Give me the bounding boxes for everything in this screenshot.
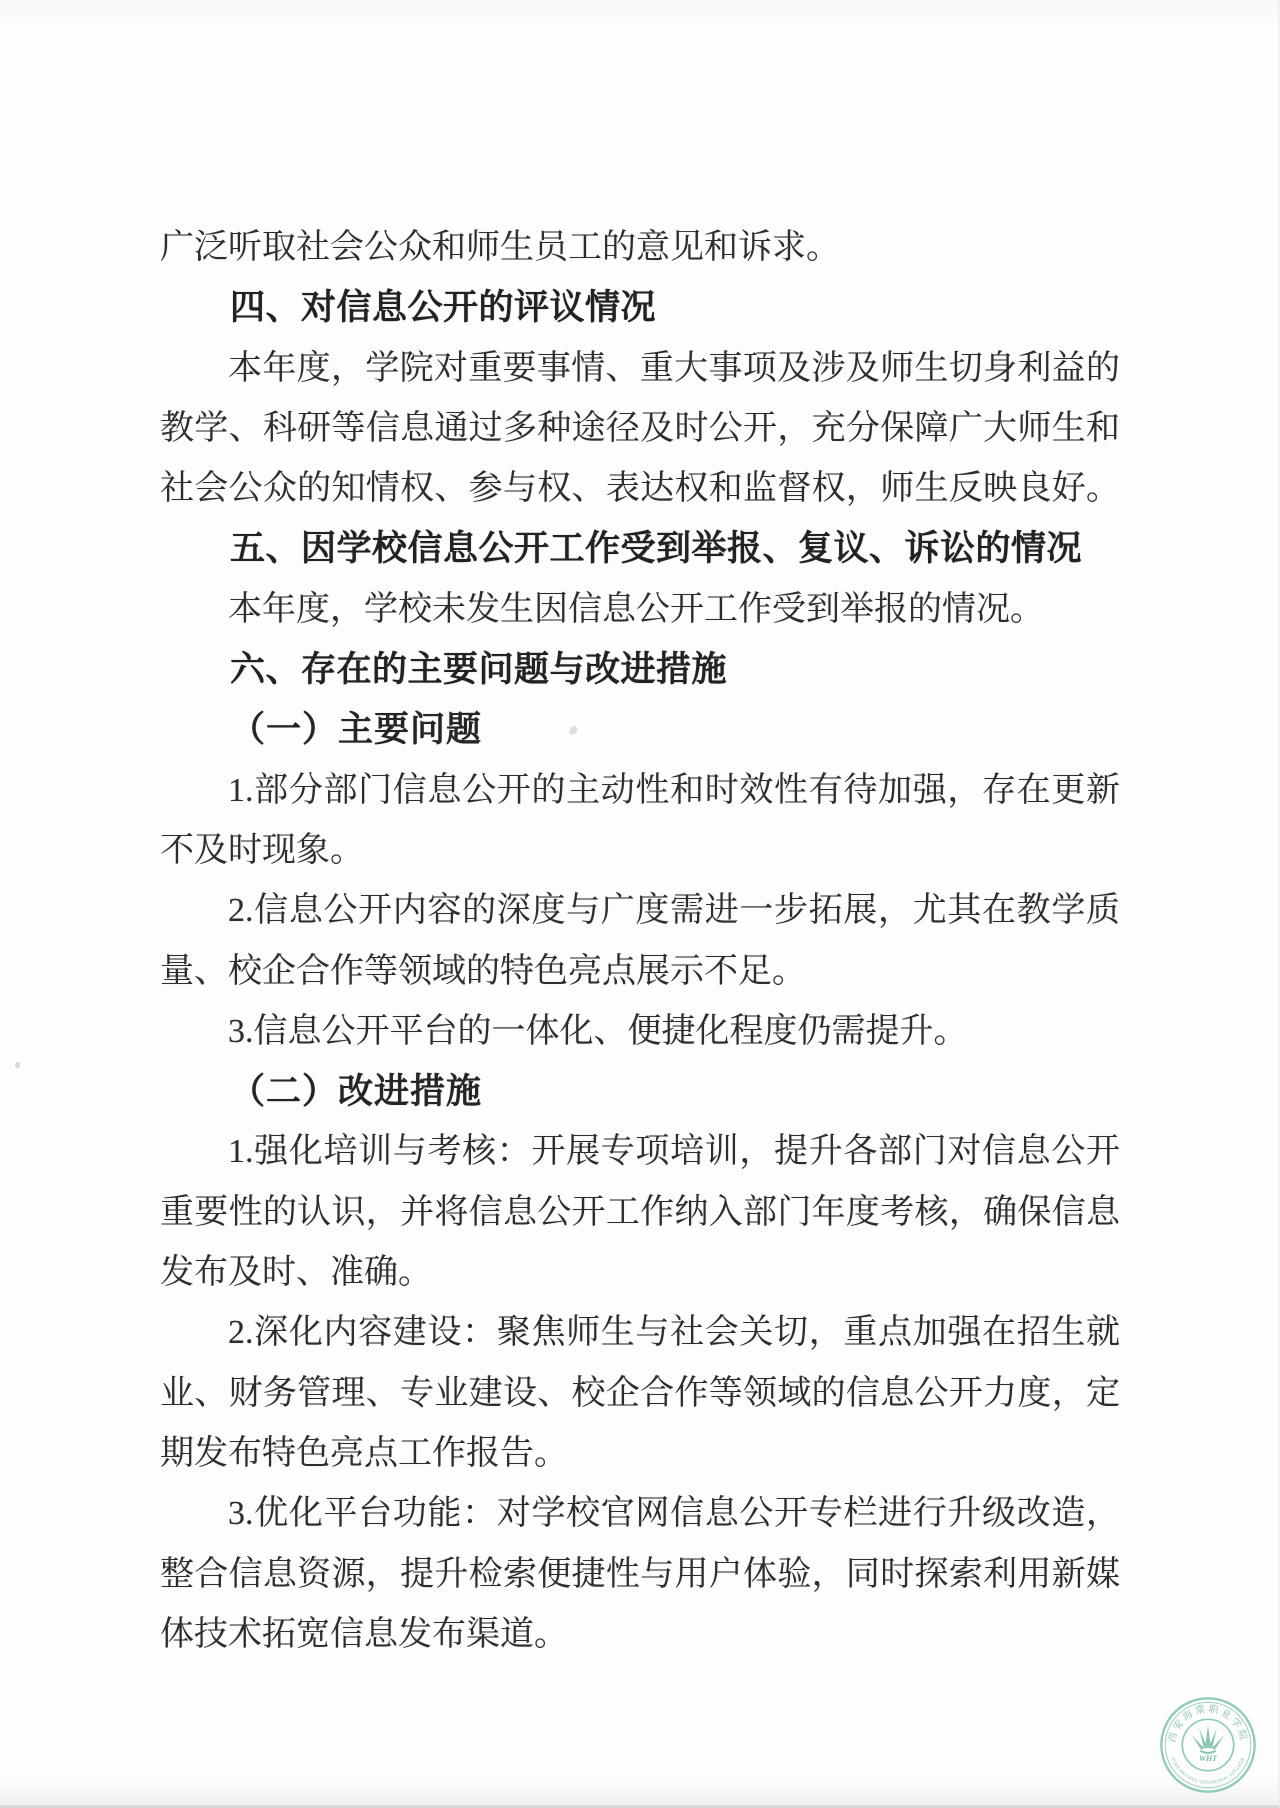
subsection-heading-2: （二）改进措施 <box>160 1062 1120 1122</box>
doc-line: 2.深化内容建设：聚焦师生与社会关切，重点加强在招生就 <box>160 1303 1120 1363</box>
scan-speck <box>15 1062 20 1068</box>
doc-line: 1.强化培训与考核：开展专项培训，提升各部门对信息公开 <box>160 1122 1120 1182</box>
doc-line: 体技术拓宽信息发布渠道。 <box>160 1605 1120 1665</box>
doc-line: 广泛听取社会公众和师生员工的意见和诉求。 <box>160 218 1120 278</box>
doc-line: 教学、科研等信息通过多种途径及时公开，充分保障广大师生和 <box>160 399 1120 459</box>
doc-line: 发布及时、准确。 <box>160 1243 1120 1303</box>
doc-line: 重要性的认识，并将信息公开工作纳入部门年度考核，确保信息 <box>160 1183 1120 1243</box>
subsection-heading-1: （一）主要问题 <box>160 700 1120 760</box>
section-heading-5: 五、因学校信息公开工作受到举报、复议、诉讼的情况 <box>160 519 1120 579</box>
doc-line: 社会公众的知情权、参与权、表达权和监督权，师生反映良好。 <box>160 459 1120 519</box>
haitang-flower-icon <box>1192 1725 1224 1754</box>
section-heading-6: 六、存在的主要问题与改进措施 <box>160 640 1120 700</box>
document-page: 广泛听取社会公众和师生员工的意见和诉求。 四、对信息公开的评议情况 本年度，学院… <box>0 0 1280 1808</box>
doc-line: 1.部分部门信息公开的主动性和时效性有待加强，存在更新 <box>160 761 1120 821</box>
section-heading-4: 四、对信息公开的评议情况 <box>160 278 1120 338</box>
doc-line: 业、财务管理、专业建设、校企合作等领域的信息公开力度，定 <box>160 1364 1120 1424</box>
doc-line: 量、校企合作等领域的特色亮点展示不足。 <box>160 942 1120 1002</box>
doc-line: 本年度，学院对重要事情、重大事项及涉及师生切身利益的 <box>160 339 1120 399</box>
doc-line: 3.信息公开平台的一体化、便捷化程度仍需提升。 <box>160 1002 1120 1062</box>
doc-line: 整合信息资源，提升检索便捷性与用户体验，同时探索利用新媒 <box>160 1545 1120 1605</box>
doc-line: 不及时现象。 <box>160 821 1120 881</box>
doc-line: 期发布特色亮点工作报告。 <box>160 1424 1120 1484</box>
doc-line: 3.优化平台功能：对学校官网信息公开专栏进行升级改造， <box>160 1484 1120 1544</box>
doc-line: 2.信息公开内容的深度与广度需进一步拓展，尤其在教学质 <box>160 881 1120 941</box>
seal-monogram: WHT <box>1199 1754 1218 1763</box>
school-seal: 西安海棠职业学院 XI'AN HAITANG VOCATIONAL COLLEG… <box>1159 1696 1257 1794</box>
doc-line: 本年度，学校未发生因信息公开工作受到举报的情况。 <box>160 580 1120 640</box>
report-text-block: 广泛听取社会公众和师生员工的意见和诉求。 四、对信息公开的评议情况 本年度，学院… <box>160 218 1120 1665</box>
